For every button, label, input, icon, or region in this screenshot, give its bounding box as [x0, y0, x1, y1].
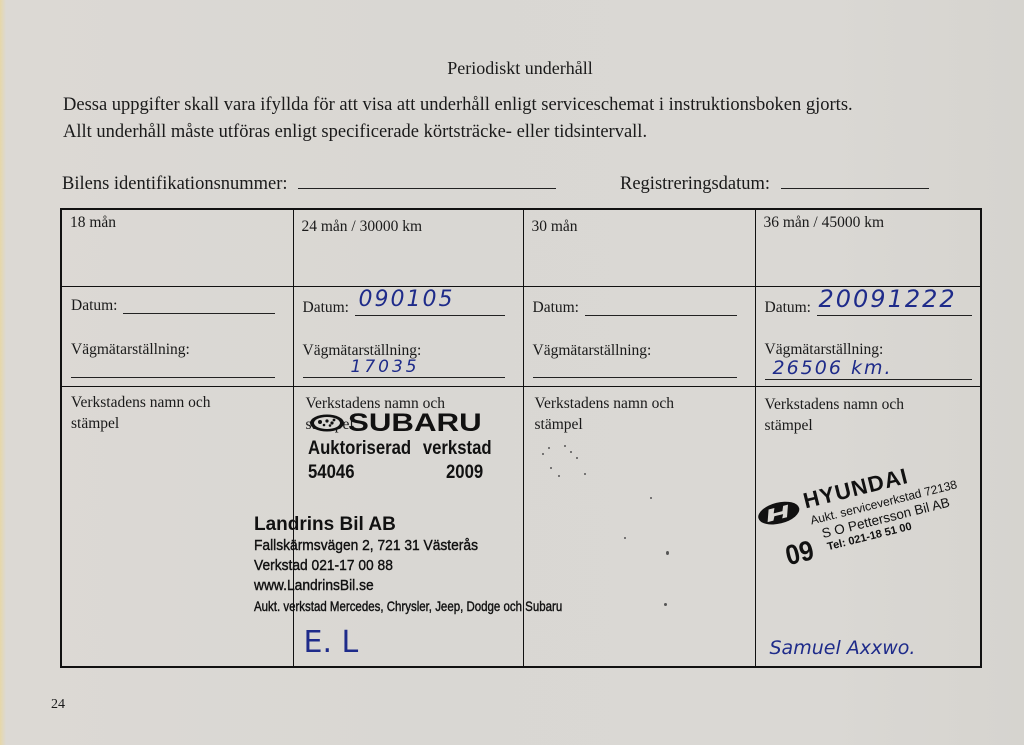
signature-24: E. L — [304, 625, 359, 660]
odometer-handwritten: 26506 km. — [773, 357, 893, 379]
landrins-web: www.LandrinsBil.se — [254, 576, 600, 596]
intro-line-2: Allt underhåll måste utföras enligt spec… — [63, 119, 853, 146]
landrins-address: Fallskärmsvägen 2, 721 31 Västerås — [254, 536, 600, 556]
vin-row: Bilens identifikationsnummer: — [62, 172, 556, 195]
odometer-label: Vägmätarställning: — [71, 341, 190, 359]
intro-text: Dessa uppgifter skall vara ifyllda för a… — [63, 92, 853, 146]
interval-cell-30: 30 mån — [523, 209, 755, 286]
workshop-label: Verkstadens namn och stämpel — [71, 392, 210, 434]
hyundai-year: 09 — [782, 534, 817, 572]
workshop-label: Verkstadens namn och stämpel — [765, 394, 904, 436]
record-cell-36: Datum: 20091222 Vägmätarställning: 26506… — [755, 286, 981, 386]
datum-field[interactable] — [585, 315, 737, 316]
page-number: 24 — [51, 697, 65, 713]
vin-label: Bilens identifikationsnummer: — [62, 174, 288, 194]
vin-field[interactable] — [298, 172, 556, 189]
datum-handwritten: 090105 — [359, 287, 455, 312]
signature-36: Samuel Axxwo. — [770, 637, 916, 659]
interval-cell-24: 24 mån / 30000 km — [293, 209, 523, 286]
datum-field[interactable] — [355, 315, 505, 316]
odometer-field[interactable] — [533, 377, 737, 378]
interval-cell-36: 36 mån / 45000 km — [755, 209, 981, 286]
landrins-brands: Aukt. verkstad Mercedes, Chrysler, Jeep,… — [254, 596, 562, 616]
datum-label: Datum: — [71, 297, 118, 315]
datum-label: Datum: — [533, 299, 580, 317]
interval-cell-18: 18 mån — [61, 209, 293, 286]
record-cell-30: Datum: Vägmätarställning: — [523, 286, 755, 386]
datum-field[interactable] — [817, 315, 973, 316]
datum-field[interactable] — [123, 313, 275, 314]
reg-date-row: Registreringsdatum: — [620, 172, 929, 195]
record-row: Datum: Vägmätarställning: Datum: 090105 … — [61, 286, 981, 386]
interval-row: 18 mån 24 mån / 30000 km 30 mån 36 mån /… — [61, 209, 981, 286]
odometer-field[interactable] — [765, 379, 973, 380]
subaru-logo-icon — [308, 413, 346, 433]
odometer-handwritten: 17035 — [351, 357, 420, 377]
datum-label: Datum: — [765, 299, 812, 317]
subaru-year: 2009 — [446, 462, 483, 484]
record-cell-18: Datum: Vägmätarställning: — [61, 286, 293, 386]
manual-page: Periodiskt underhåll Dessa uppgifter ska… — [0, 0, 1024, 745]
subaru-brand: SUBARU — [348, 409, 482, 438]
page-title: Periodiskt underhåll — [0, 58, 1024, 79]
reg-date-field[interactable] — [781, 172, 929, 189]
odometer-field[interactable] — [71, 377, 275, 378]
datum-handwritten: 20091222 — [819, 285, 957, 313]
workshop-label: Verkstadens namn och stämpel — [535, 393, 674, 435]
landrins-stamp: Landrins Bil AB Fallskärmsvägen 2, 721 3… — [254, 514, 630, 616]
workshop-cell-36: Verkstadens namn och stämpel HYUNDAI Auk… — [755, 386, 981, 667]
landrins-phone: Verkstad 021-17 00 88 — [254, 556, 600, 576]
landrins-name: Landrins Bil AB — [254, 514, 630, 536]
intro-line-1: Dessa uppgifter skall vara ifyllda för a… — [63, 92, 853, 119]
odometer-label: Vägmätarställning: — [533, 342, 652, 360]
hyundai-logo-icon — [753, 495, 803, 529]
subaru-number: 54046 — [308, 462, 355, 484]
record-cell-24: Datum: 090105 Vägmätarställning: 17035 — [293, 286, 523, 386]
reg-date-label: Registreringsdatum: — [620, 174, 770, 194]
subaru-auth-text: Auktoriserad verkstad — [308, 438, 492, 460]
odometer-field[interactable] — [303, 377, 505, 378]
datum-label: Datum: — [303, 299, 350, 317]
